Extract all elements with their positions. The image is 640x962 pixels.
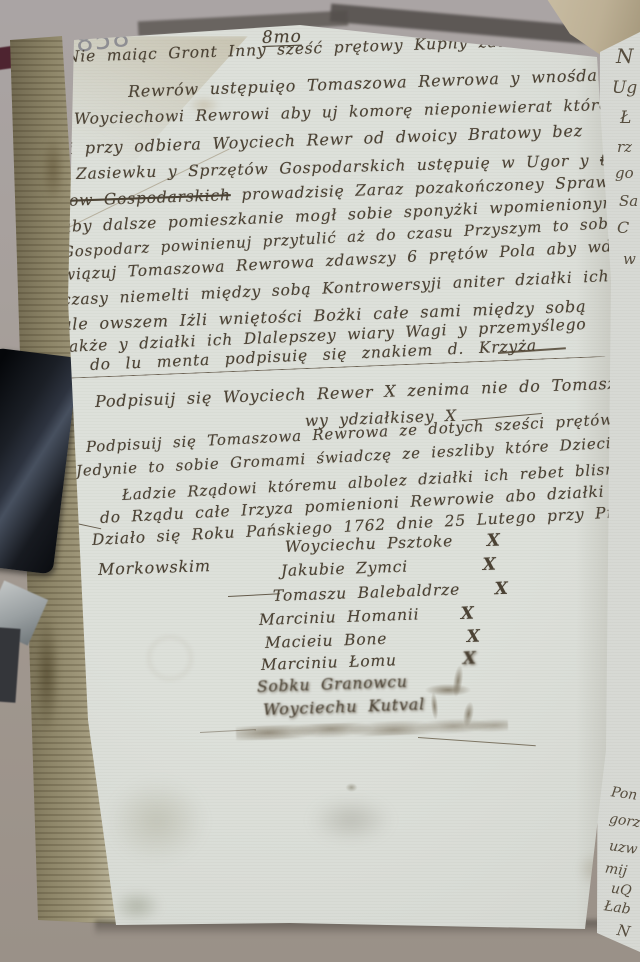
next-page-text-fragment: Łab: [603, 898, 632, 918]
manuscript-line: Rewrów ustępuięo Tomaszowa Rewrowa y wno…: [128, 65, 610, 101]
witness-mark: X: [486, 531, 500, 551]
witness-mark: X: [466, 627, 480, 647]
witness-mark: X: [494, 579, 508, 599]
next-page-text-fragment: Ug: [612, 78, 637, 98]
dark-cover-sliver: [0, 627, 21, 702]
stain: [296, 790, 406, 850]
photograph-of-manuscript-page: N Ug Ł rz go Sa C w Pon gorz uzw mij uQ …: [0, 0, 640, 962]
next-page-text-fragment: uQ: [610, 881, 633, 900]
ring-stain: [148, 636, 192, 680]
next-page-text-fragment: Pon: [610, 784, 638, 804]
next-page-text-fragment: rz: [617, 138, 632, 156]
next-page-text-fragment: C: [617, 218, 629, 237]
witness-row: Jakubie ZymciX: [281, 555, 497, 582]
witness-name: Marciniu Łomu: [261, 651, 397, 676]
next-page-text-fragment: w: [623, 250, 636, 268]
signature-line: Podpisuij się Woyciech Rewer X zenima ni…: [95, 371, 640, 411]
struck-text: tow Gospodarskich: [62, 186, 231, 210]
next-page-text-fragment: Sa: [619, 192, 638, 210]
next-page-text-fragment: uzw: [608, 838, 638, 858]
place-name: Morkowskim: [98, 556, 211, 579]
next-page-text-fragment: go: [615, 164, 634, 182]
manuscript-line: i przy odbiera Woyciech Rewr od dwoicy B…: [68, 121, 584, 158]
speck: [529, 939, 532, 942]
witness-name: Marciniu Homanii: [259, 605, 420, 631]
ink-smear-tail: [418, 737, 536, 746]
stain: [92, 766, 222, 876]
witness-name: Tomaszu Balebaldrze: [273, 580, 461, 607]
next-page-text-fragment: N: [616, 44, 634, 68]
witness-name: Sobku Granowcu: [257, 673, 408, 696]
witness-name: Jakubie Zymci: [281, 558, 409, 582]
stain: [344, 782, 359, 793]
witness-name: Woyciechu Kutval: [263, 694, 426, 719]
spine-stain: [38, 124, 68, 214]
witness-mark: X: [482, 555, 496, 575]
next-page-text-fragment: mij: [604, 861, 628, 880]
next-page-text-fragment: gorz: [608, 811, 640, 831]
next-page-text-fragment: N: [616, 921, 632, 941]
witness-name: Macieiu Bone: [265, 630, 388, 654]
ink-smudge: [418, 682, 478, 698]
witness-mark: X: [460, 604, 474, 624]
speck: [430, 950, 434, 954]
next-page-text-fragment: Ł: [620, 108, 631, 128]
